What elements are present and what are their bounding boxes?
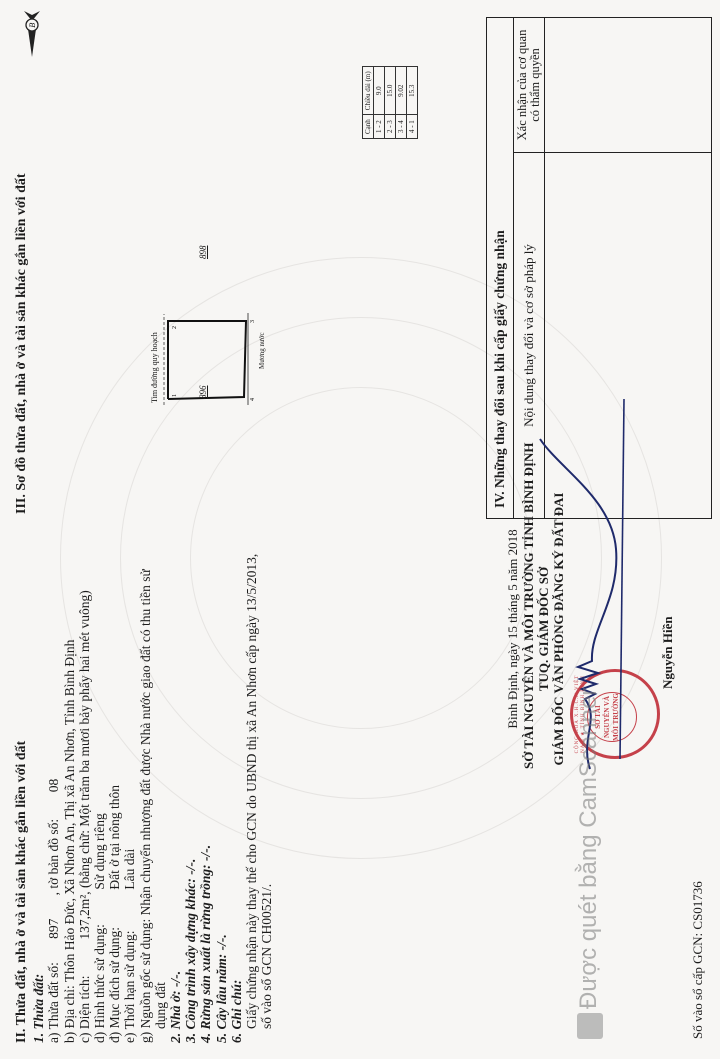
authority-confirmation-cell bbox=[545, 18, 711, 152]
land-heading: 1. Thửa đất: bbox=[31, 573, 46, 1043]
north-arrow-icon: B bbox=[20, 9, 44, 59]
area-value: 137,2m², (bằng chữ: Một trăm ba mươi bảy… bbox=[77, 590, 92, 939]
section-ii-title: II. Thửa đất, nhà ở và tài sản khác gắn … bbox=[14, 573, 29, 1043]
neighbor-parcel-left: 896 bbox=[198, 386, 208, 400]
usage-form-row: d) Hình thức sử dụng: Sử dụng riêng bbox=[92, 573, 107, 1043]
svg-text:2: 2 bbox=[172, 326, 178, 329]
purpose-label: đ) Mục đích sử dụng: bbox=[107, 893, 122, 1043]
term-label: e) Thời hạn sử dụng: bbox=[122, 893, 137, 1043]
map-sheet-label: , tờ bản đồ số: bbox=[46, 819, 61, 896]
origin-value: Nhận chuyển nhượng đất được Nhà nước gia… bbox=[138, 569, 153, 915]
section-iii-title: III. Sơ đồ thửa đất, nhà ở và tài sản kh… bbox=[14, 173, 30, 514]
house-row: 2. Nhà ở: -/-. bbox=[168, 573, 183, 1043]
svg-text:3: 3 bbox=[250, 320, 256, 323]
area-label: c) Diện tích: bbox=[77, 943, 92, 1043]
notes-heading: 6. Ghi chú: bbox=[229, 573, 244, 1043]
signer-name: Nguyễn Hiền bbox=[660, 616, 676, 689]
registry-number: Số vào sổ cấp GCN: CS01736 bbox=[690, 881, 706, 1039]
table-header: Cạnh Chiều dài (m) bbox=[363, 67, 374, 139]
notes-line: số vào sổ GCN CH00521/. bbox=[259, 573, 274, 1043]
svg-text:4: 4 bbox=[250, 398, 256, 401]
notes-line: Giấy chứng nhận này thay thế cho GCN do … bbox=[244, 573, 259, 1043]
parcel-shape: 1 2 3 4 bbox=[150, 269, 270, 409]
forest-row: 4. Rừng sản xuất là rừng trồng: -/-. bbox=[198, 573, 213, 1043]
map-sheet-number: 08 bbox=[46, 755, 61, 815]
neighbor-parcel-right: 898 bbox=[198, 246, 208, 260]
table-row: 1 - 29.0 bbox=[374, 67, 385, 139]
table-row: 3 - 49.02 bbox=[396, 67, 407, 139]
purpose-row: đ) Mục đích sử dụng: Đất ở tại nông thôn bbox=[107, 573, 122, 1043]
origin-value-cont: dụng đất bbox=[153, 573, 168, 1043]
address-value: Thôn Hảo Đức, Xã Nhơn An, Thị xã An Nhơn… bbox=[62, 640, 77, 982]
origin-row: g) Nguồn gốc sử dụng: Nhận chuyển nhượng… bbox=[138, 573, 153, 1043]
construction-row: 3. Công trình xây dựng khác: -/-. bbox=[183, 573, 198, 1043]
address-row: b) Địa chỉ: Thôn Hảo Đức, Xã Nhơn An, Th… bbox=[62, 573, 77, 1043]
camscanner-watermark: Được quét bằng CamScanner bbox=[575, 688, 603, 1039]
address-label: b) Địa chỉ: bbox=[62, 985, 77, 1043]
certificate-page: II. Thửa đất, nhà ở và tài sản khác gắn … bbox=[0, 0, 720, 1059]
authority-confirmation-header: Xác nhận của cơ quan có thẩm quyền bbox=[514, 18, 544, 152]
purpose-value: Đất ở tại nông thôn bbox=[107, 785, 122, 890]
term-row: e) Thời hạn sử dụng: Lâu dài bbox=[122, 573, 137, 1043]
issue-date: Bình Định, ngày 15 tháng 5 năm 2018 bbox=[505, 489, 521, 769]
camscanner-logo-icon bbox=[577, 1013, 603, 1039]
parcel-label: a) Thửa đất số: bbox=[46, 962, 61, 1043]
section-iv-title: IV. Những thay đổi sau khi cấp giấy chứn… bbox=[487, 18, 514, 518]
term-value: Lâu dài bbox=[122, 849, 137, 890]
area-row: c) Diện tích: 137,2m², (bằng chữ: Một tr… bbox=[77, 573, 92, 1043]
trees-row: 5. Cây lâu năm: -/-. bbox=[214, 573, 229, 1043]
table-row: 4 - 115.3 bbox=[407, 67, 418, 139]
parcel-number: 897 bbox=[46, 899, 61, 959]
usage-form-label: d) Hình thức sử dụng: bbox=[92, 893, 107, 1043]
svg-text:1: 1 bbox=[172, 394, 178, 397]
origin-label: g) Nguồn gốc sử dụng: bbox=[138, 919, 153, 1043]
usage-form-value: Sử dụng riêng bbox=[92, 813, 107, 889]
section-ii: II. Thửa đất, nhà ở và tài sản khác gắn … bbox=[14, 573, 274, 1043]
edge-length-table: Cạnh Chiều dài (m) 1 - 29.0 2 - 315.0 3 … bbox=[362, 66, 418, 139]
parcel-row: a) Thửa đất số: 897 , tờ bản đồ số: 08 bbox=[46, 573, 61, 1043]
canal-label: Mương nước bbox=[258, 332, 266, 369]
parcel-diagram: Tim đường quy hoạch 1 2 3 4 Mương nước bbox=[150, 269, 270, 409]
table-row: 2 - 315.0 bbox=[385, 67, 396, 139]
